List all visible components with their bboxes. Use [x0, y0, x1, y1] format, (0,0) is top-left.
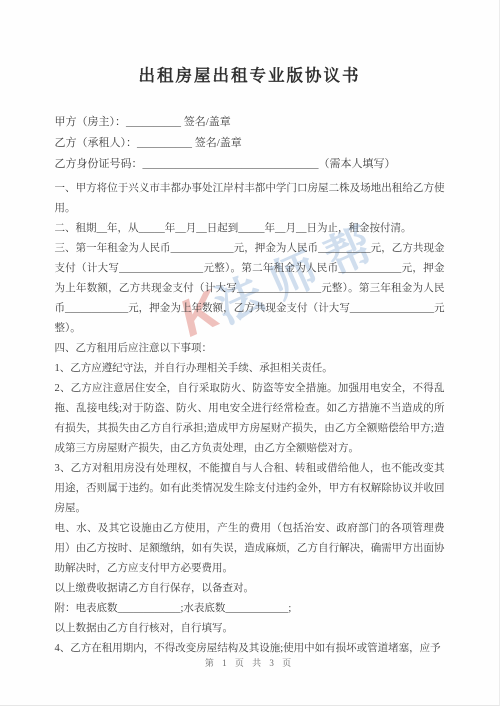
- meter-readings-line: 附：电表底数____________;水表底数____________;: [55, 599, 445, 619]
- clause-1-premises: 一、甲方将位于兴义市丰都办事处江岸村丰都中学门口房屋二株及场地出租给乙方使用。: [55, 179, 445, 219]
- clause-4-heading: 四、乙方租用后应注意以下事项：: [55, 339, 445, 359]
- clauses-block: 一、甲方将位于兴义市丰都办事处江岸村丰都中学门口房屋二株及场地出租给乙方使用。 …: [55, 179, 445, 659]
- document-title: 出租房屋出租专业版协议书: [0, 0, 499, 86]
- parties-block: 甲方（房主）：__________ 签名/盖章 乙方（承租人）：________…: [55, 112, 445, 175]
- receipts-note: 以上缴费收据请乙方自行保存，以备查对。: [55, 579, 445, 599]
- item-2-safety: 2、乙方应注意居住安全，自行采取防火、防盗等安全措施。加强用电安全，不得乱拖、乱…: [55, 379, 445, 459]
- id-number-line: 乙方身份证号码：________________________________…: [55, 154, 445, 175]
- clause-2-term: 二、租期__年，从_____年__月__日起到_____年__月__日为止，租金…: [55, 219, 445, 239]
- utilities-clause: 电、水、及其它设施由乙方使用，产生的费用（包括治安、政府部门的各项管理费用）由乙…: [55, 519, 445, 579]
- document-page: K法师帮 出租房屋出租专业版协议书 甲方（房主）：__________ 签名/盖…: [0, 0, 500, 706]
- clause-3-rent: 三、第一年租金为人民币____________元，押金为人民币_________…: [55, 239, 445, 339]
- document-body: 甲方（房主）：__________ 签名/盖章 乙方（承租人）：________…: [55, 112, 445, 659]
- item-1-law: 1、乙方应遵纪守法，并自行办理相关手续、承担相关责任。: [55, 359, 445, 379]
- party-a-line: 甲方（房主）：__________ 签名/盖章: [55, 112, 445, 133]
- item-3-sublease: 3、乙方对租用房没有处理权，不能擅自与人合租、转租或借给他人，也不能改变其用途，…: [55, 459, 445, 519]
- data-check-note: 以上数据由乙方自行核对，自行填写。: [55, 619, 445, 639]
- party-b-line: 乙方（承租人）：__________ 签名/盖章: [55, 133, 445, 154]
- page-number: 第 1 页 共 3 页: [0, 656, 499, 669]
